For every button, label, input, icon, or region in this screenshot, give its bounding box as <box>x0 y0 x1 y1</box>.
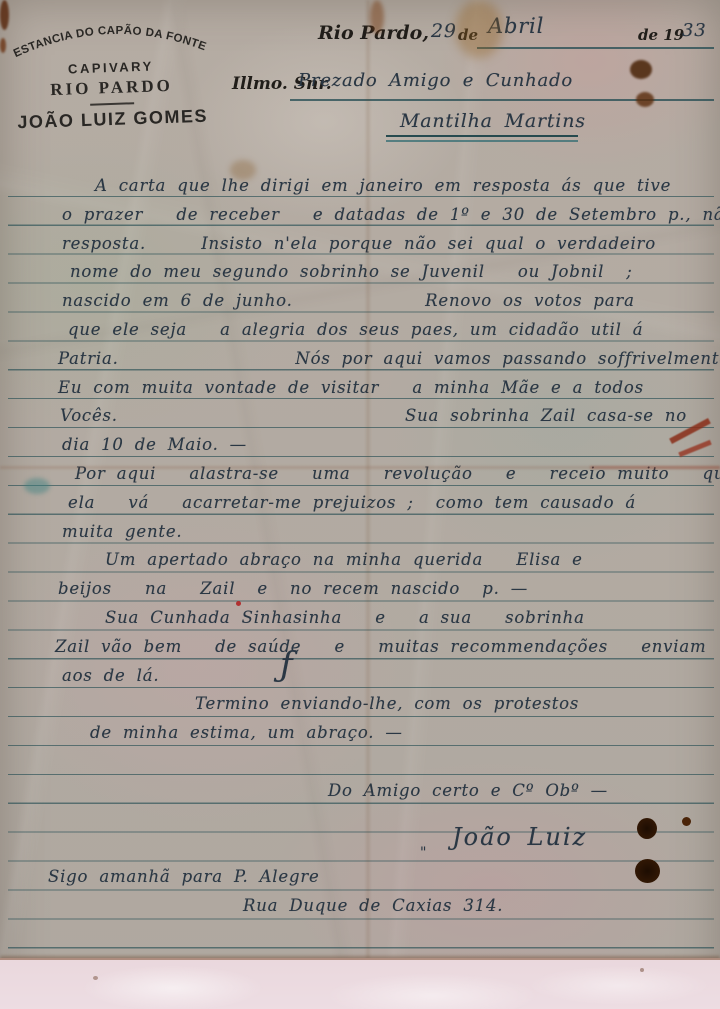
closing-quote-mark: " <box>420 840 427 866</box>
letterhead: ESTANCIA DO CAPÃO DA FONTE CAPIVARY RIO … <box>6 8 216 133</box>
body-line: muita gente. <box>62 519 182 545</box>
body-line: ela vá acarretar-me prejuizos ; como tem… <box>68 490 636 516</box>
salutation-underline-2 <box>386 135 578 142</box>
signature: João Luiz <box>452 824 587 850</box>
body-line: nome do meu segundo sobrinho se Juvenil … <box>70 259 633 285</box>
dateline-de: de <box>458 26 478 44</box>
dateline-year: 33 <box>682 18 707 44</box>
stain-left-edge <box>0 38 6 53</box>
band-speck-2 <box>640 968 644 972</box>
body-line: resposta. Insisto n'ela porque não sei q… <box>62 231 656 257</box>
postscript-line1: Sigo amanhã para P. Alegre <box>48 864 320 890</box>
body-line: Termino enviando-lhe, com os protestos <box>195 691 579 717</box>
dateline-day: 29 <box>431 18 457 44</box>
dateline-place: Rio Pardo, <box>318 22 429 44</box>
red-crease-tint <box>590 466 720 469</box>
body-line: aos de lá. <box>62 663 159 689</box>
ink-blot-2 <box>635 859 660 883</box>
body-line: o prazer de receber e datadas de 1º e 30… <box>62 202 720 228</box>
body-line: Patria. Nós por aqui vamos passando soff… <box>58 346 720 372</box>
body-line: Sua Cunhada Sinhasinha e a sua sobrinha <box>105 605 585 631</box>
letterhead-city: RIO PARDO <box>8 74 215 101</box>
dateline-month: Abril <box>488 13 544 39</box>
body-line: A carta que lhe dirigi em janeiro em res… <box>95 173 671 199</box>
body-line: Zail vão bem de saúde e muitas recommend… <box>55 634 706 660</box>
flourish-mark: ƒ <box>280 652 293 678</box>
letter-page: ESTANCIA DO CAPÃO DA FONTE CAPIVARY RIO … <box>0 0 720 1009</box>
teal-smudge <box>24 478 50 494</box>
vertical-fold-crease <box>366 0 370 958</box>
postscript-line2: Rua Duque de Caxias 314. <box>243 893 503 919</box>
salutation-line2: Mantilha Martins <box>400 108 586 134</box>
ink-blot-1 <box>637 818 657 839</box>
body-line: nascido em 6 de junho. Renovo os votos p… <box>62 288 635 314</box>
dateline-de-year: de 19 <box>638 26 684 44</box>
stain-blob-top-right-1 <box>630 60 652 79</box>
body-line: Um apertado abraço na minha querida Elis… <box>105 547 583 573</box>
body-line: Vocês. Sua sobrinha Zail casa-se no <box>60 403 687 429</box>
body-line: beijos na Zail e no recem nascido p. — <box>58 576 528 602</box>
ink-blot-3 <box>682 817 691 826</box>
body-line: Eu com muita vontade de visitar a minha … <box>58 375 644 401</box>
body-line: dia 10 de Maio. — <box>62 432 247 458</box>
band-speck-1 <box>93 976 98 980</box>
bottom-backing-band <box>0 958 720 1009</box>
svg-text:ESTANCIA DO CAPÃO DA FONTE: ESTANCIA DO CAPÃO DA FONTE <box>11 21 208 60</box>
letterhead-arched-title: ESTANCIA DO CAPÃO DA FONTE <box>6 8 213 59</box>
red-scratch-mark-2 <box>678 440 711 457</box>
salutation-underline-1 <box>290 99 714 101</box>
letterhead-divider <box>90 102 134 106</box>
body-line: Por aqui alastra-se uma revolução e rece… <box>75 461 720 487</box>
letterhead-owner-name: JOÃO LUIZ GOMES <box>9 105 216 133</box>
body-line: de minha estima, um abraço. — <box>90 720 403 746</box>
dateline-underline <box>477 47 714 49</box>
salutation-line1: Prezado Amigo e Cunhado <box>298 68 573 94</box>
letterhead-estate-text: ESTANCIA DO CAPÃO DA FONTE <box>11 21 208 60</box>
body-line: que ele seja a alegria dos seus paes, um… <box>68 317 643 343</box>
